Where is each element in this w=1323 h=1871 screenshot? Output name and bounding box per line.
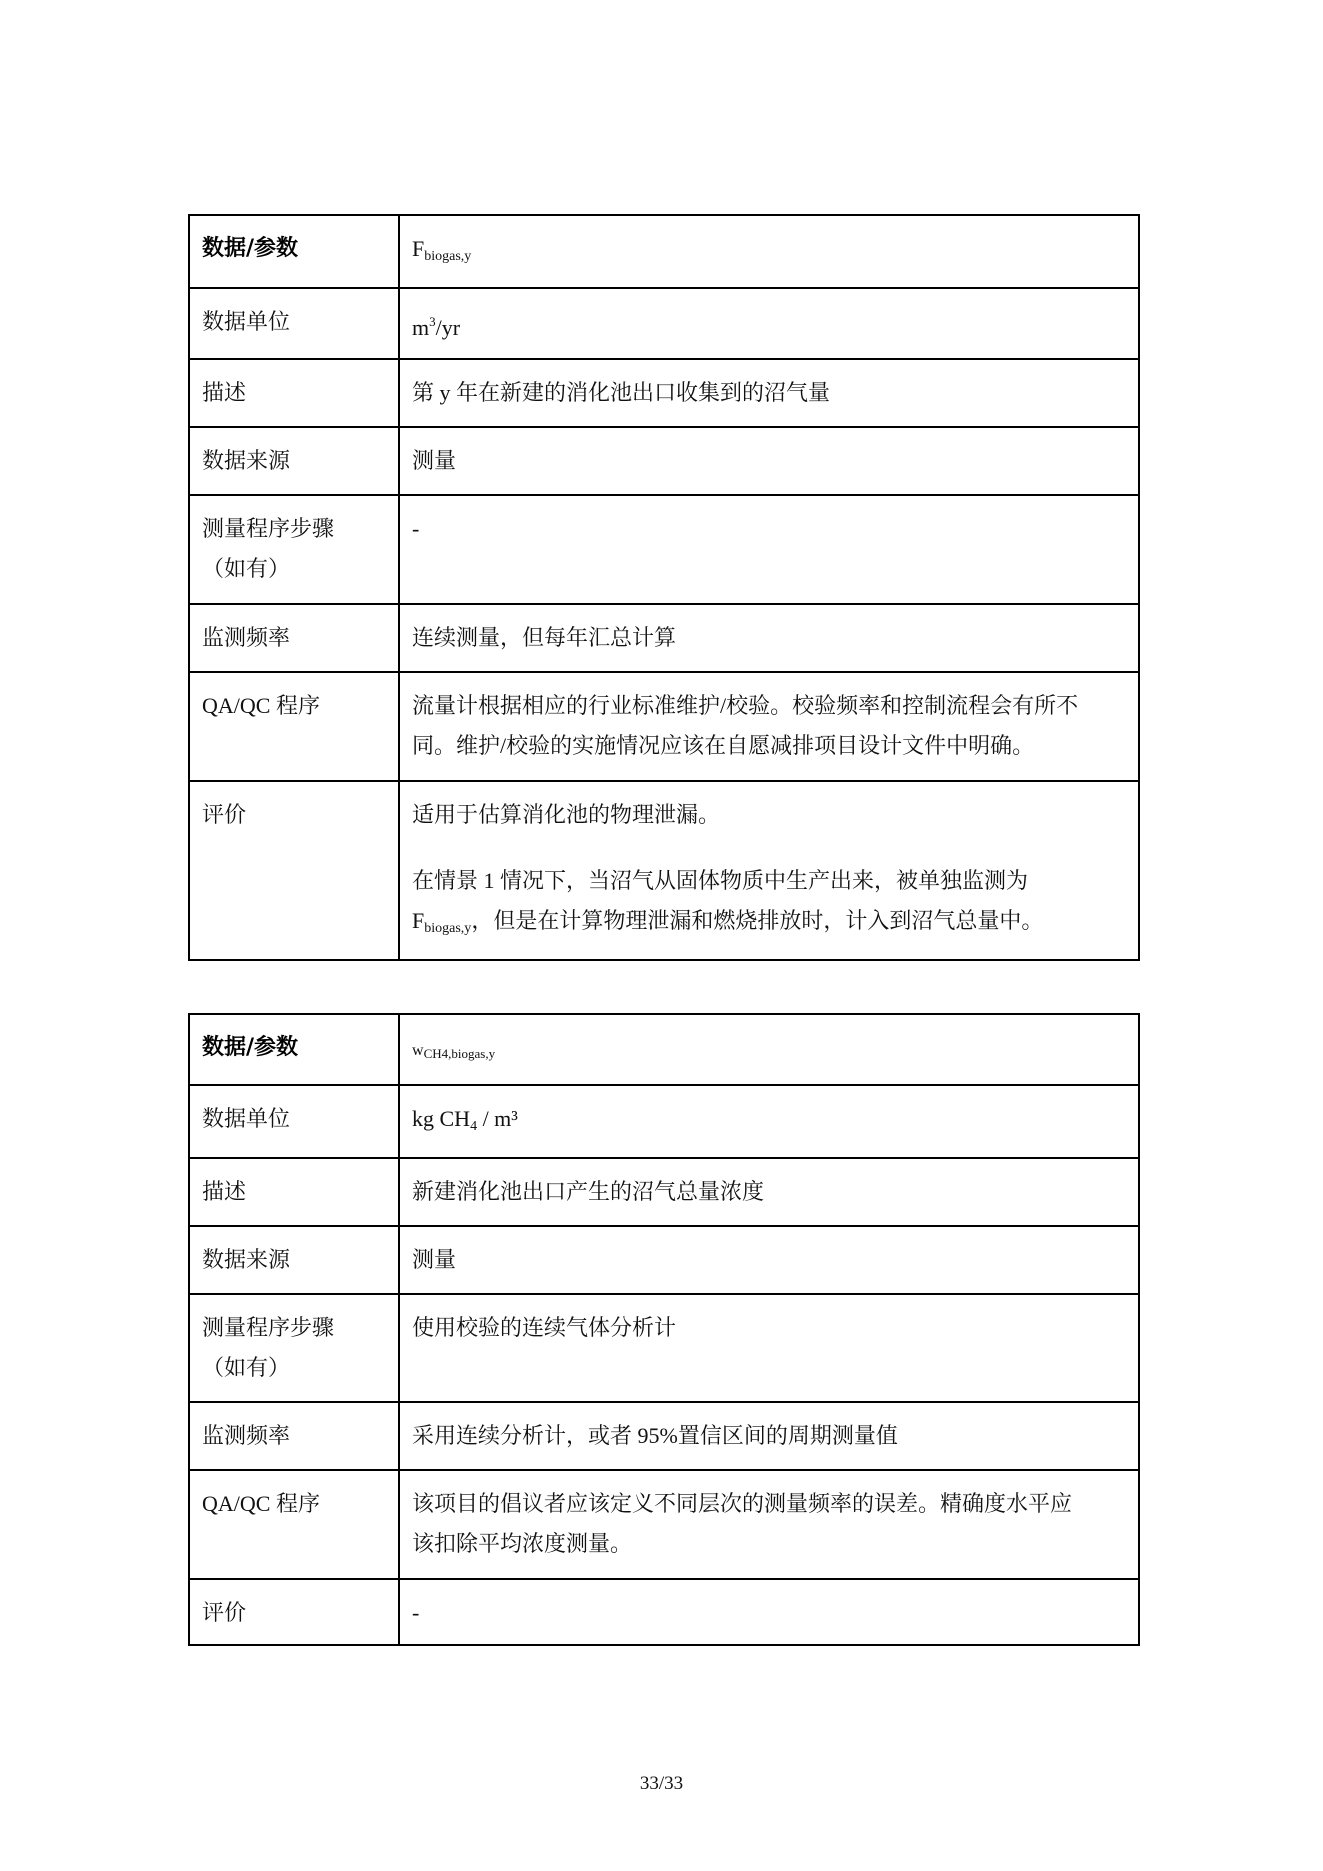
label-text-line2: （如有） <box>202 549 386 589</box>
document-page: 数据/参数 Fbiogas,y 数据单位 m3/yr 描述 <box>0 0 1323 1871</box>
comment-paragraph-2-line1: 在情景 1 情况下，当沼气从固体物质中生产出来，被单独监测为 <box>412 861 1126 901</box>
value-text: - <box>412 516 419 541</box>
value-procedure: 使用校验的连续气体分析计 <box>399 1294 1139 1402</box>
symbol-subscript: CH4,biogas,y <box>424 1046 496 1061</box>
row-unit: 数据单位 kg CH4 / m³ <box>189 1085 1139 1158</box>
comment-paragraph-1: 适用于估算消化池的物理泄漏。 <box>412 795 1126 835</box>
value-text-line1: 该项目的倡议者应该定义不同层次的测量频率的误差。精确度水平应 <box>412 1484 1126 1524</box>
label-text-line1: 测量程序步骤 <box>202 509 386 549</box>
value-text: 测量 <box>412 448 456 473</box>
label-parameter: 数据/参数 <box>189 1014 399 1085</box>
row-comment: 评价 适用于估算消化池的物理泄漏。 在情景 1 情况下，当沼气从固体物质中生产出… <box>189 781 1139 960</box>
label-text: 描述 <box>202 1179 246 1204</box>
comment-text: ，但是在计算物理泄漏和燃烧排放时，计入到沼气总量中。 <box>471 908 1043 933</box>
row-qaqc: QA/QC 程序 该项目的倡议者应该定义不同层次的测量频率的误差。精确度水平应 … <box>189 1470 1139 1579</box>
value-text: 采用连续分析计，或者 95%置信区间的周期测量值 <box>412 1423 898 1448</box>
value-source: 测量 <box>399 427 1139 495</box>
value-text: 新建消化池出口产生的沼气总量浓度 <box>412 1179 764 1204</box>
label-comment: 评价 <box>189 1579 399 1645</box>
value-text-line2: 同。维护/校验的实施情况应该在自愿减排项目设计文件中明确。 <box>412 726 1126 766</box>
label-text: QA/QC 程序 <box>202 1491 320 1516</box>
row-comment: 评价 - <box>189 1579 1139 1645</box>
label-text: 评价 <box>202 802 246 827</box>
label-comment: 评价 <box>189 781 399 960</box>
unit-base: kg CH <box>412 1106 470 1131</box>
label-unit: 数据单位 <box>189 1085 399 1158</box>
row-parameter: 数据/参数 wCH4,biogas,y <box>189 1014 1139 1085</box>
row-frequency: 监测频率 连续测量，但每年汇总计算 <box>189 604 1139 672</box>
label-qaqc: QA/QC 程序 <box>189 1470 399 1579</box>
row-qaqc: QA/QC 程序 流量计根据相应的行业标准维护/校验。校验频率和控制流程会有所不… <box>189 672 1139 781</box>
label-text: QA/QC 程序 <box>202 693 320 718</box>
value-text: 测量 <box>412 1247 456 1272</box>
paragraph-gap <box>412 835 1126 861</box>
row-source: 数据来源 测量 <box>189 1226 1139 1294</box>
value-qaqc: 流量计根据相应的行业标准维护/校验。校验频率和控制流程会有所不 同。维护/校验的… <box>399 672 1139 781</box>
value-comment: - <box>399 1579 1139 1645</box>
label-text: 数据/参数 <box>202 1035 298 1060</box>
row-source: 数据来源 测量 <box>189 427 1139 495</box>
value-procedure: - <box>399 495 1139 604</box>
unit-rest: / m³ <box>477 1106 518 1131</box>
value-text: 连续测量，但每年汇总计算 <box>412 625 676 650</box>
parameter-table-f-biogas: 数据/参数 Fbiogas,y 数据单位 m3/yr 描述 <box>188 214 1140 961</box>
value-frequency: 连续测量，但每年汇总计算 <box>399 604 1139 672</box>
label-description: 描述 <box>189 359 399 427</box>
label-qaqc: QA/QC 程序 <box>189 672 399 781</box>
unit-base: m <box>412 315 429 340</box>
unit-rest: /yr <box>436 315 460 340</box>
value-text-line2: 该扣除平均浓度测量。 <box>412 1524 1126 1564</box>
value-source: 测量 <box>399 1226 1139 1294</box>
label-source: 数据来源 <box>189 1226 399 1294</box>
label-frequency: 监测频率 <box>189 604 399 672</box>
value-parameter: wCH4,biogas,y <box>399 1014 1139 1085</box>
label-text: 数据单位 <box>202 309 290 334</box>
symbol-main: F <box>412 236 424 261</box>
row-procedure: 测量程序步骤 （如有） - <box>189 495 1139 604</box>
label-text-line2: （如有） <box>202 1348 386 1388</box>
value-text: - <box>412 1600 419 1625</box>
value-description: 第 y 年在新建的消化池出口收集到的沼气量 <box>399 359 1139 427</box>
symbol-main: w <box>412 1042 424 1059</box>
row-parameter: 数据/参数 Fbiogas,y <box>189 215 1139 288</box>
label-parameter: 数据/参数 <box>189 215 399 288</box>
label-unit: 数据单位 <box>189 288 399 359</box>
label-text: 监测频率 <box>202 625 290 650</box>
page-number: 33/33 <box>0 1773 1323 1795</box>
value-unit: kg CH4 / m³ <box>399 1085 1139 1158</box>
value-parameter: Fbiogas,y <box>399 215 1139 288</box>
symbol-subscript: biogas,y <box>424 921 471 936</box>
value-text-line1: 流量计根据相应的行业标准维护/校验。校验频率和控制流程会有所不 <box>412 686 1126 726</box>
value-comment: 适用于估算消化池的物理泄漏。 在情景 1 情况下，当沼气从固体物质中生产出来，被… <box>399 781 1139 960</box>
value-qaqc: 该项目的倡议者应该定义不同层次的测量频率的误差。精确度水平应 该扣除平均浓度测量… <box>399 1470 1139 1579</box>
label-procedure: 测量程序步骤 （如有） <box>189 1294 399 1402</box>
symbol-main: F <box>412 908 424 933</box>
value-frequency: 采用连续分析计，或者 95%置信区间的周期测量值 <box>399 1402 1139 1470</box>
row-description: 描述 新建消化池出口产生的沼气总量浓度 <box>189 1158 1139 1226</box>
unit-subscript: 4 <box>470 1119 477 1134</box>
comment-paragraph-2-line2: Fbiogas,y，但是在计算物理泄漏和燃烧排放时，计入到沼气总量中。 <box>412 901 1126 949</box>
label-text: 评价 <box>202 1600 246 1625</box>
value-text: 第 y 年在新建的消化池出口收集到的沼气量 <box>412 380 830 405</box>
label-frequency: 监测频率 <box>189 1402 399 1470</box>
value-unit: m3/yr <box>399 288 1139 359</box>
label-text: 数据/参数 <box>202 236 298 261</box>
parameter-table-w-ch4-biogas: 数据/参数 wCH4,biogas,y 数据单位 kg CH4 / m³ 描述 <box>188 1013 1140 1646</box>
label-text: 数据单位 <box>202 1106 290 1131</box>
label-procedure: 测量程序步骤 （如有） <box>189 495 399 604</box>
row-description: 描述 第 y 年在新建的消化池出口收集到的沼气量 <box>189 359 1139 427</box>
value-description: 新建消化池出口产生的沼气总量浓度 <box>399 1158 1139 1226</box>
symbol-subscript: biogas,y <box>424 249 471 264</box>
label-text: 描述 <box>202 380 246 405</box>
row-unit: 数据单位 m3/yr <box>189 288 1139 359</box>
label-text: 监测频率 <box>202 1423 290 1448</box>
label-source: 数据来源 <box>189 427 399 495</box>
label-text: 数据来源 <box>202 1247 290 1272</box>
value-text: 使用校验的连续气体分析计 <box>412 1315 676 1340</box>
row-procedure: 测量程序步骤 （如有） 使用校验的连续气体分析计 <box>189 1294 1139 1402</box>
row-frequency: 监测频率 采用连续分析计，或者 95%置信区间的周期测量值 <box>189 1402 1139 1470</box>
label-text: 数据来源 <box>202 448 290 473</box>
label-text-line1: 测量程序步骤 <box>202 1308 386 1348</box>
label-description: 描述 <box>189 1158 399 1226</box>
